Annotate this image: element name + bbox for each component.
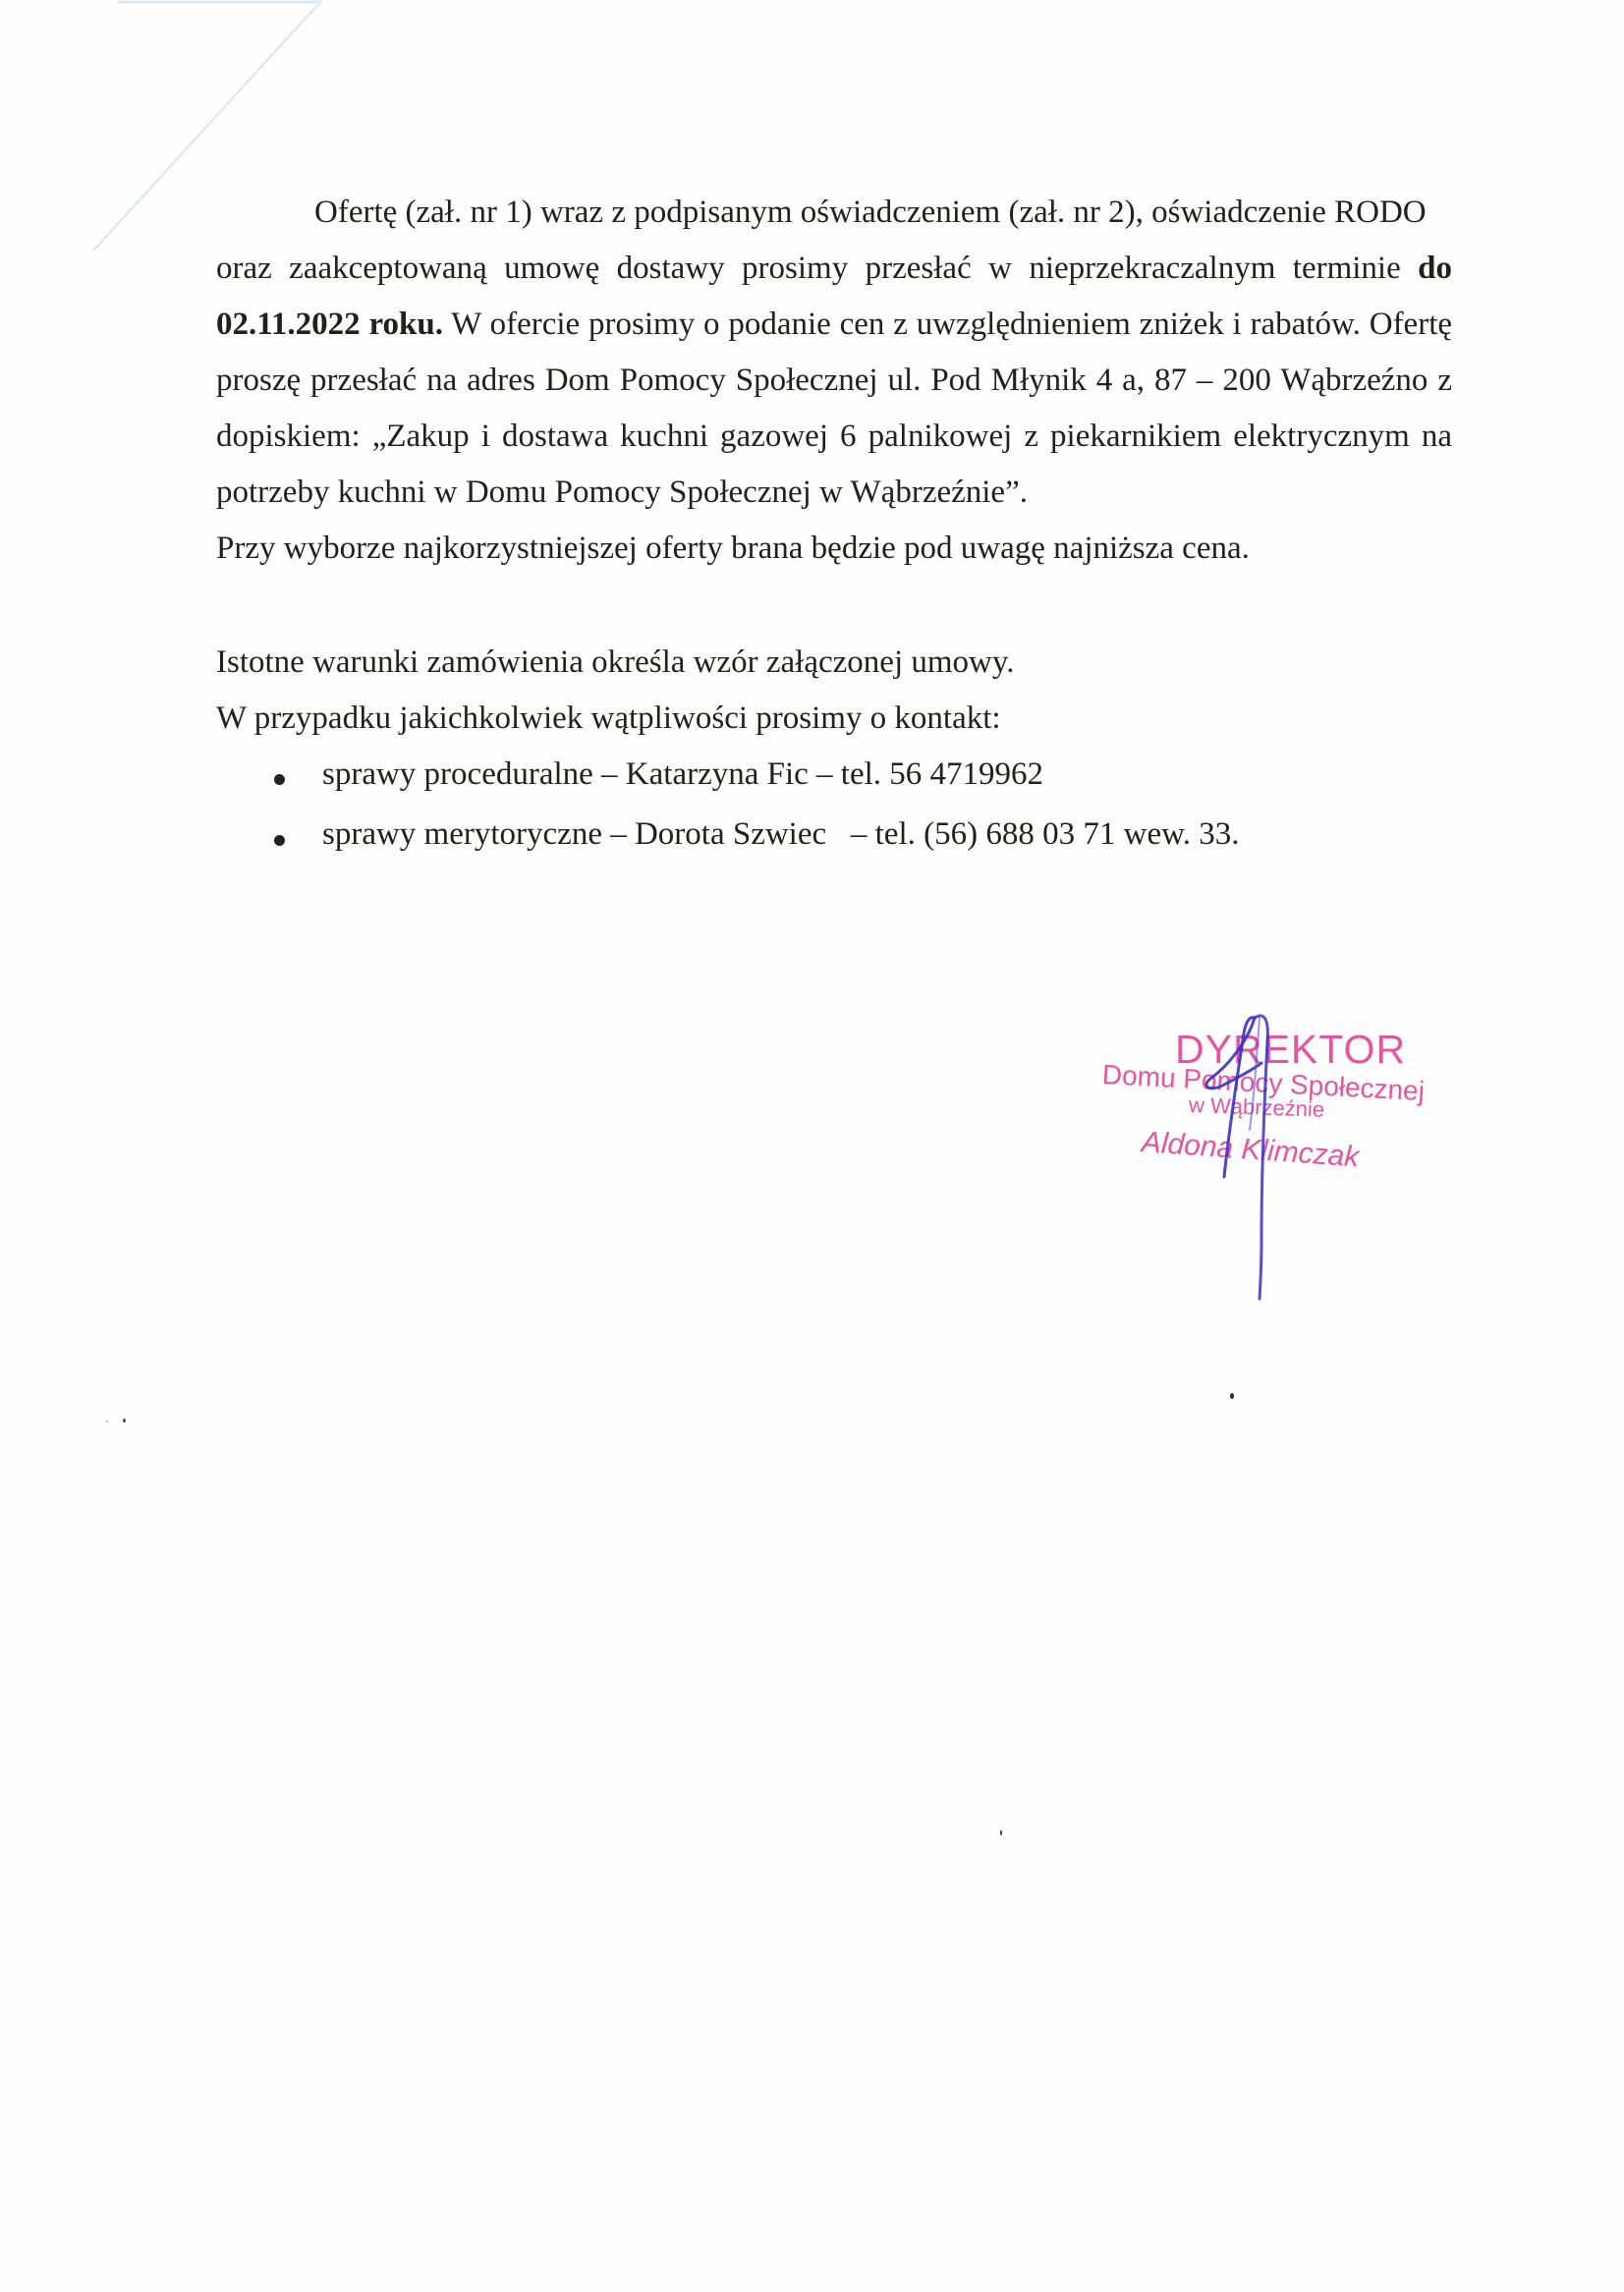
- contact-procedural: sprawy proceduralne – Katarzyna Fic – te…: [322, 755, 1043, 794]
- paragraph-line-1: Ofertę (zał. nr 1) wraz z podpisanym ośw…: [314, 193, 1427, 232]
- scanned-page: Ofertę (zał. nr 1) wraz z podpisanym ośw…: [0, 0, 1624, 2292]
- paragraph-line-3: 02.11.2022 roku. W ofercie prosimy o pod…: [216, 305, 1452, 344]
- paragraph-line-5: dopiskiem: „Zakup i dostawa kuchni gazow…: [216, 417, 1452, 456]
- scan-speck: [1230, 1393, 1234, 1399]
- paragraph-line-2: oraz zaakceptowaną umowę dostawy prosimy…: [216, 249, 1452, 288]
- bullet-icon: [274, 835, 285, 846]
- stamp-name: Aldona Klimczak: [1141, 1126, 1361, 1174]
- contract-conditions: Istotne warunki zamówienia określa wzór …: [216, 643, 1014, 682]
- scan-speck: [106, 1421, 108, 1423]
- bullet-icon: [274, 774, 285, 785]
- paragraph-line-3-text: W ofercie prosimy o podanie cen z uwzglę…: [451, 307, 1452, 342]
- scan-speck: [123, 1419, 126, 1423]
- deadline-date: 02.11.2022 roku.: [216, 307, 443, 342]
- paragraph-line-2-text: oraz zaakceptowaną umowę dostawy prosimy…: [216, 251, 1401, 286]
- selection-criteria: Przy wyborze najkorzystniejszej oferty b…: [216, 529, 1250, 568]
- contact-intro: W przypadku jakichkolwiek wątpliwości pr…: [216, 699, 1001, 738]
- deadline-prefix: do: [1418, 251, 1452, 286]
- stamp-city: w Wąbrzeźnie: [1189, 1092, 1325, 1123]
- paragraph-line-6: potrzeby kuchni w Domu Pomocy Społecznej…: [216, 473, 1028, 512]
- paragraph-line-4: proszę przesłać na adres Dom Pomocy Społ…: [216, 361, 1452, 400]
- scan-speck: [1000, 1830, 1002, 1835]
- contact-substantive: sprawy merytoryczne – Dorota Szwiec – te…: [322, 814, 1240, 854]
